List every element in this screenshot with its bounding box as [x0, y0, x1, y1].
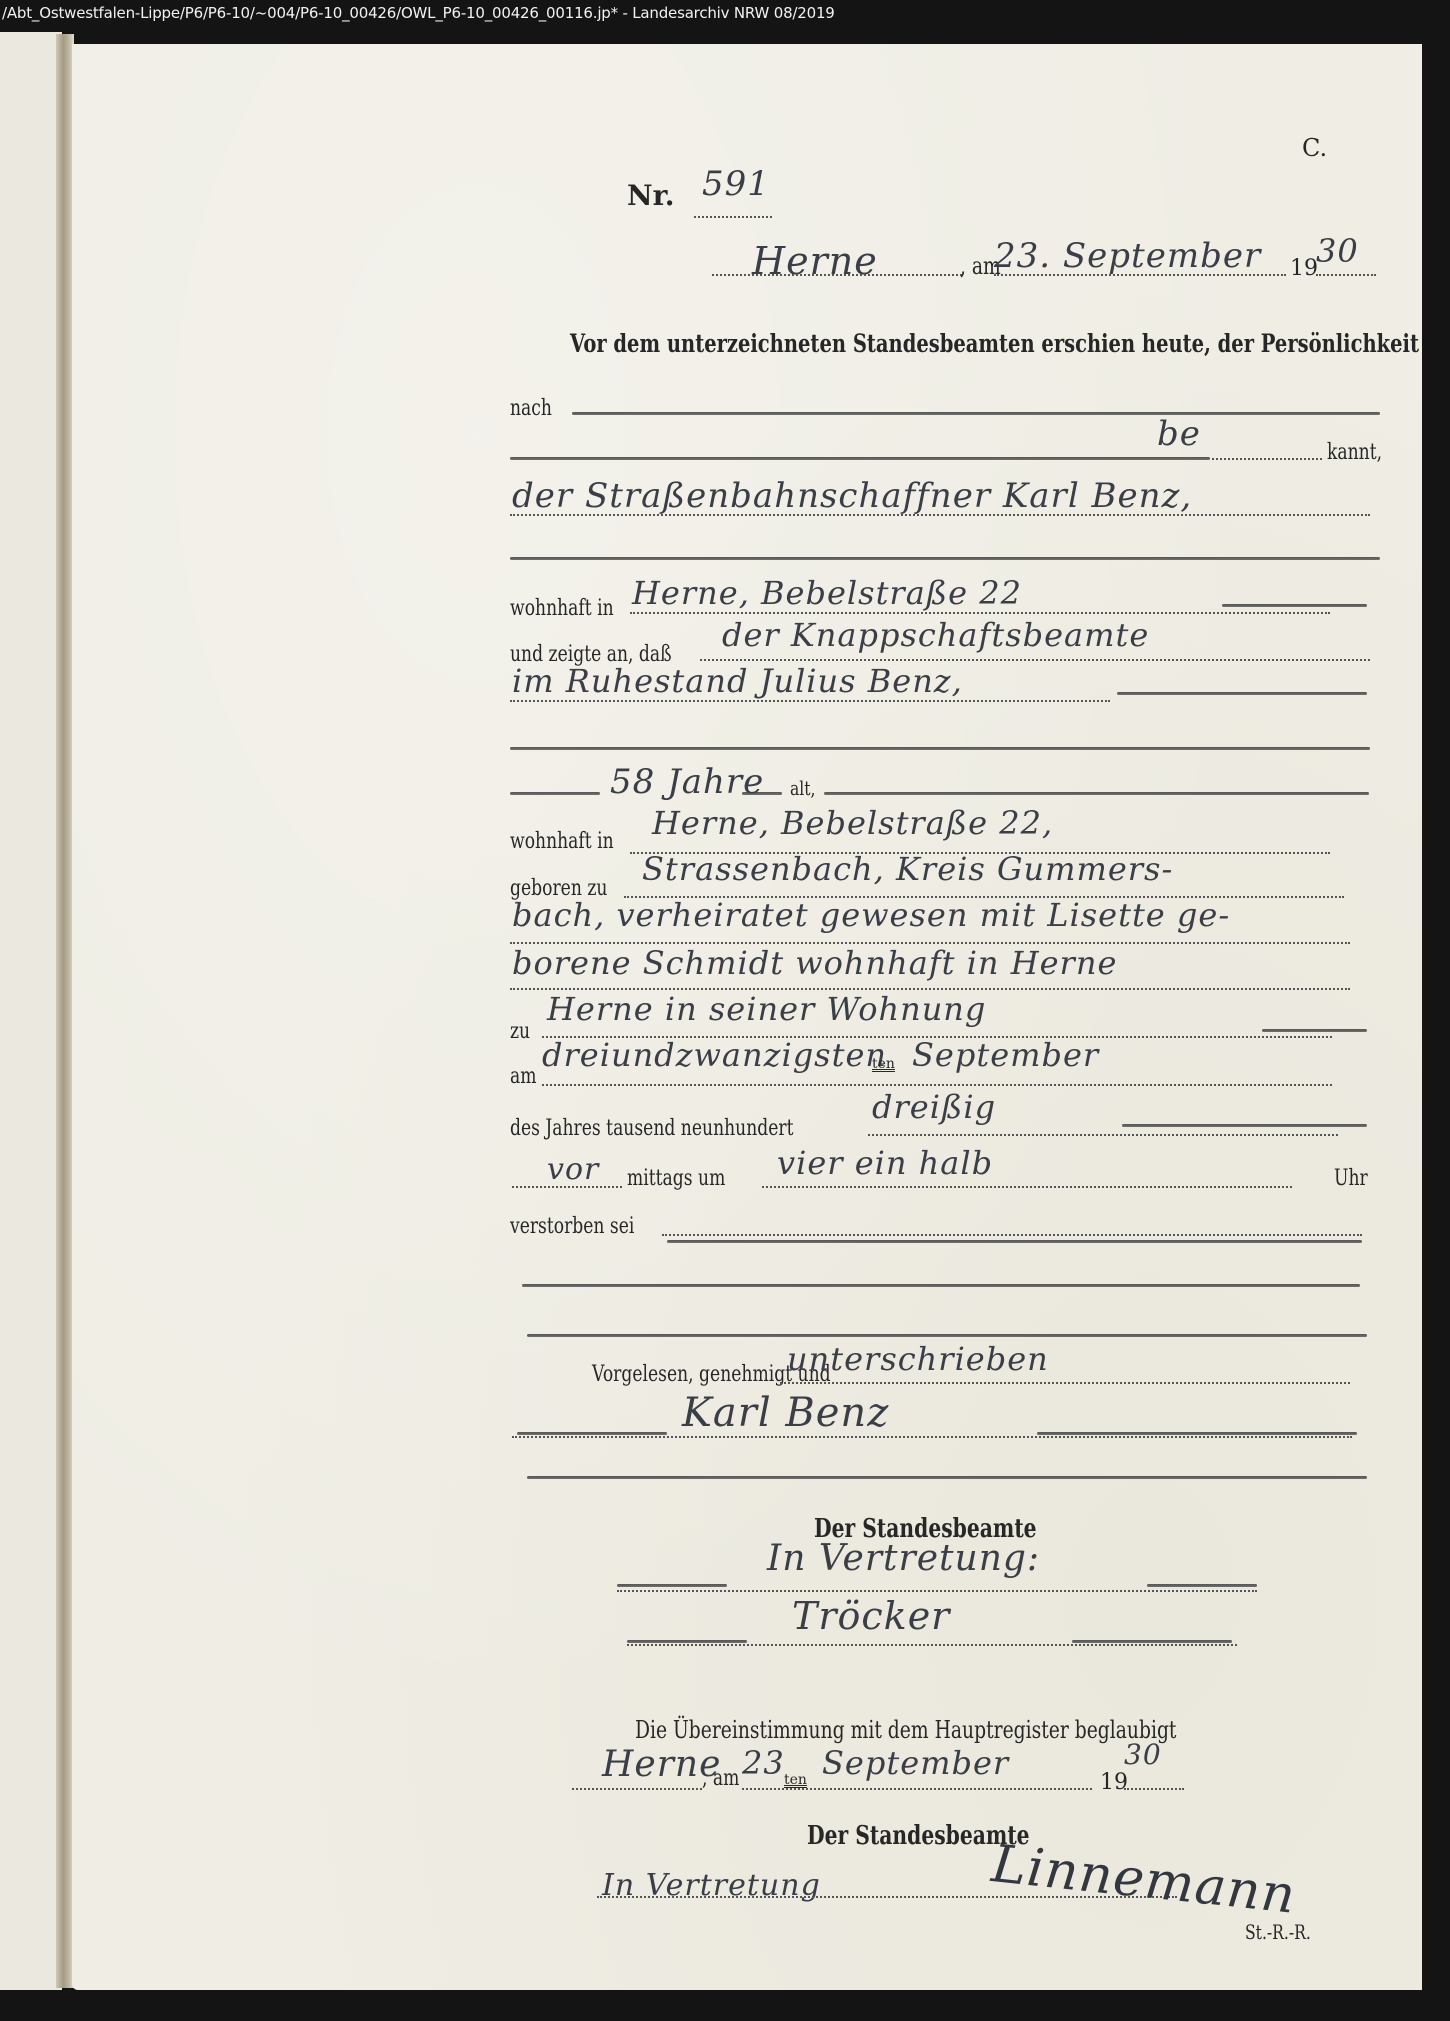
intro-text: Vor dem unterzeichneten Standesbeamten e…: [570, 329, 1419, 358]
date-dots: [994, 274, 1286, 276]
zeigte-dots: [700, 659, 1370, 661]
vorgelesen-value: unterschrieben: [787, 1340, 1049, 1378]
place-dots: [712, 274, 962, 276]
cert-place-dots: [572, 1788, 702, 1790]
official-signature: Tröcker: [792, 1594, 950, 1638]
cert-year-suffix: 30: [1124, 1738, 1162, 1771]
blank-line-1: [510, 557, 1380, 560]
death-date-dots: [542, 1084, 1332, 1086]
year-dots: [1316, 274, 1376, 276]
cert-month: September: [822, 1744, 1009, 1782]
vertretung-1: In Vertretung:: [767, 1538, 1040, 1579]
official2-rule-right: [1072, 1640, 1232, 1643]
number-label: Nr.: [627, 179, 675, 212]
zu-label: zu: [510, 1019, 530, 1044]
cert-day: 23: [742, 1744, 785, 1782]
year-suffix: 30: [1316, 232, 1359, 270]
uhr-label: Uhr: [1334, 1166, 1368, 1191]
sig-rule-right: [1037, 1432, 1357, 1435]
year-prefix: 19: [1290, 256, 1318, 281]
left-page-edge: [0, 32, 62, 1990]
death-month: September: [912, 1036, 1099, 1074]
death-place-rule: [1262, 1029, 1367, 1032]
time-value: vier ein halb: [777, 1144, 993, 1182]
blank-line-2: [510, 747, 1370, 750]
wohnhaft-label: wohnhaft in: [510, 596, 614, 621]
age-rule-left: [510, 792, 600, 795]
kannt-label: kannt,: [1327, 440, 1382, 465]
informant-name: der Straßenbahnschaffner Karl Benz,: [512, 476, 1192, 516]
verstorben-label: verstorben sei: [510, 1214, 634, 1239]
ten-label: ten: [872, 1056, 895, 1072]
entry-number: 591: [702, 164, 770, 204]
certification-label: Die Übereinstimmung mit dem Hauptregiste…: [635, 1716, 1176, 1744]
age-rule-right: [824, 792, 1369, 795]
alt-label: alt,: [790, 776, 816, 800]
address-rule: [1222, 604, 1367, 607]
blank-line-4: [527, 1334, 1367, 1337]
age-value: 58 Jahre: [610, 762, 764, 802]
cert-am-label: , am: [702, 1766, 739, 1791]
form-code: St.-R.-R.: [1245, 1920, 1311, 1944]
informant-address: Herne, Bebelstraße 22: [632, 574, 1022, 612]
jahres-label: des Jahres tausend neunhundert: [510, 1116, 794, 1141]
archive-caption: /Abt_Ostwestfalen-Lippe/P6/P6-10/~004/P6…: [2, 1, 835, 27]
cert-signature: Linnemann: [989, 1834, 1299, 1926]
am2-label: am: [510, 1064, 537, 1089]
time-dots: [762, 1186, 1292, 1188]
cert-ten-label: ten: [784, 1772, 807, 1788]
blank-line-3: [522, 1284, 1360, 1287]
nach-label: nach: [510, 396, 552, 421]
nach-line: [572, 412, 1380, 415]
blank-line-5: [527, 1476, 1367, 1479]
bekannt-line: [510, 457, 1210, 460]
death-year-words: dreißig: [872, 1088, 996, 1126]
wohnhaft2-label: wohnhaft in: [510, 829, 614, 854]
deceased-line-2: im Ruhestand Julius Benz,: [512, 662, 963, 700]
vor-value: vor: [547, 1152, 599, 1187]
official-rule-left: [617, 1584, 727, 1587]
cert-date-dots: [742, 1788, 1092, 1790]
deceased-dots: [510, 700, 1110, 702]
address-dots: [630, 612, 1330, 614]
deceased-rule: [1117, 692, 1367, 695]
verstorben-rule: [667, 1240, 1362, 1243]
mittags-label: mittags um: [627, 1166, 725, 1191]
sig-rule-left: [517, 1432, 667, 1435]
bekannt-handwritten: be: [1157, 414, 1201, 454]
number-dots: [694, 216, 772, 218]
deceased-address: Herne, Bebelstraße 22,: [652, 804, 1053, 842]
place-value: Herne: [752, 239, 878, 283]
death-place: Herne in seiner Wohnung: [547, 990, 986, 1028]
official-rule-right: [1147, 1584, 1257, 1587]
death-day: dreiundzwanzigsten: [542, 1036, 887, 1074]
informant-dots: [510, 514, 1370, 516]
bekannt-dots: [1212, 458, 1322, 460]
official2-rule-left: [627, 1640, 747, 1643]
vorgelesen-dots: [780, 1382, 1350, 1384]
age-rule-mid: [742, 792, 782, 795]
informant-signature: Karl Benz: [682, 1390, 889, 1436]
cert-year-prefix: 19: [1100, 1770, 1128, 1795]
year-words-dots: [868, 1134, 1338, 1136]
date-value: 23. September: [994, 236, 1261, 276]
birth-line-1: Strassenbach, Kreis Gummers-: [642, 850, 1173, 888]
form-letter: C.: [1302, 134, 1327, 162]
year-words-rule: [1122, 1124, 1367, 1127]
birth-line-3: borene Schmidt wohnhaft in Herne: [512, 944, 1117, 982]
sig-dots: [512, 1436, 1352, 1438]
deceased-line-1: der Knappschaftsbeamte: [722, 616, 1149, 654]
cert-year-dots: [1124, 1788, 1184, 1790]
birth-line-2: bach, verheiratet gewesen mit Lisette ge…: [512, 896, 1230, 934]
official2-dots: [627, 1644, 1237, 1646]
official-dots: [617, 1590, 1257, 1592]
verstorben-dots: [662, 1234, 1362, 1236]
register-page: C. Nr. 591 Herne , am 23. September 19 3…: [72, 44, 1422, 1990]
